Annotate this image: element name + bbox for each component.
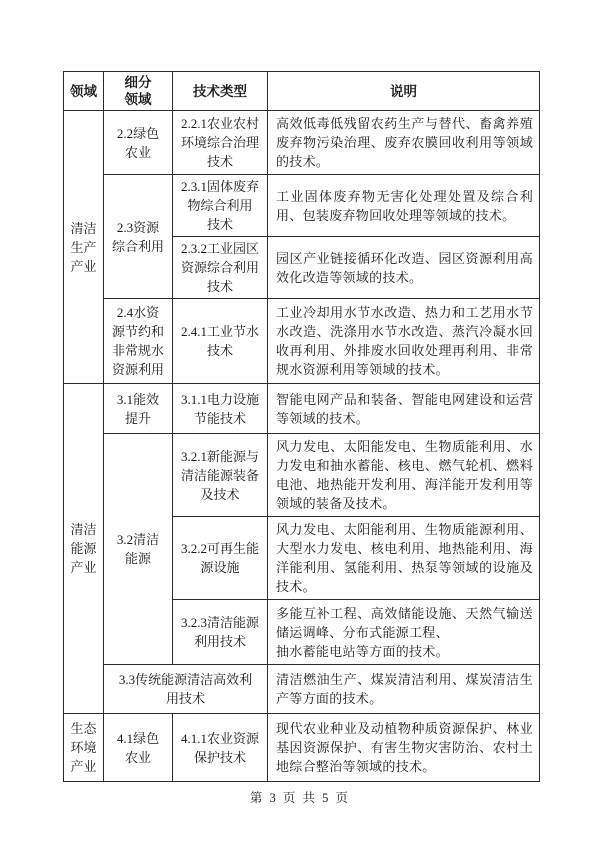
subfield-cell-2-4: 2.4水资 源节约和 非常规水 资源利用 xyxy=(104,299,173,384)
subfield-cell-3-1: 3.1能效 提升 xyxy=(104,384,173,434)
table-header-row: 领域 细分 领域 技术类型 说明 xyxy=(64,72,540,111)
description-cell-3-3: 清洁燃油生产、煤炭清洁利用、煤炭清洁生产等方面的技术。 xyxy=(268,665,540,714)
description-cell-2-2-1: 高效低毒低残留农药生产与替代、畜禽养殖废弃物污染治理、废弃农膜回收利用等领域的技… xyxy=(268,111,540,175)
domain-cell-clean-energy: 清洁 能源 产业 xyxy=(64,384,104,714)
table-row: 3.3传统能源清洁高效利 用技术 清洁燃油生产、煤炭清洁利用、煤炭清洁生产等方面… xyxy=(64,665,540,714)
document-page: 领域 细分 领域 技术类型 说明 清洁 生产 产业 2.2绿色 农业 2.2.1… xyxy=(0,0,600,848)
header-col-subfield: 细分 领域 xyxy=(104,72,173,111)
tech-type-cell-3-1-1: 3.1.1电力设施 节能技术 xyxy=(173,384,268,434)
tech-type-cell-2-4-1: 2.4.1工业节水 技术 xyxy=(173,299,268,384)
description-cell-3-2-2: 风力发电、太阳能利用、生物质能源利用、大型水力发电、核电利用、地热能利用、海洋能… xyxy=(268,517,540,600)
table-row: 生态 环境 产业 4.1绿色 农业 4.1.1农业资源 保护技术 现代农业种业及… xyxy=(64,714,540,782)
subfield-cell-3-3: 3.3传统能源清洁高效利 用技术 xyxy=(104,665,268,714)
table-row: 2.4水资 源节约和 非常规水 资源利用 2.4.1工业节水 技术 工业冷却用水… xyxy=(64,299,540,384)
tech-type-cell-4-1-1: 4.1.1农业资源 保护技术 xyxy=(173,714,268,782)
description-cell-3-2-3: 多能互补工程、高效储能设施、天然气输送储运调峰、分布式能源工程、 抽水蓄能电站等… xyxy=(268,600,540,665)
technology-category-table: 领域 细分 领域 技术类型 说明 清洁 生产 产业 2.2绿色 农业 2.2.1… xyxy=(63,71,540,782)
tech-type-cell-3-2-3: 3.2.3清洁能源 利用技术 xyxy=(173,600,268,665)
subfield-cell-3-2: 3.2清洁 能源 xyxy=(104,434,173,665)
domain-cell-eco-environment: 生态 环境 产业 xyxy=(64,714,104,782)
table-row: 清洁 生产 产业 2.2绿色 农业 2.2.1农业农村 环境综合治理 技术 高效… xyxy=(64,111,540,175)
subfield-cell-2-2: 2.2绿色 农业 xyxy=(104,111,173,175)
header-col-domain: 领域 xyxy=(64,72,104,111)
tech-type-cell-2-2-1: 2.2.1农业农村 环境综合治理 技术 xyxy=(173,111,268,175)
description-cell-3-1-1: 智能电网产品和装备、智能电网建设和运营等领域的技术。 xyxy=(268,384,540,434)
subfield-cell-2-3: 2.3资源 综合利用 xyxy=(104,175,173,299)
tech-type-cell-2-3-1: 2.3.1固体废弃 物综合利用 技术 xyxy=(173,175,268,237)
description-cell-4-1-1: 现代农业种业及动植物种质资源保护、林业基因资源保护、有害生物灾害防治、农村土地综… xyxy=(268,714,540,782)
table-row: 清洁 能源 产业 3.1能效 提升 3.1.1电力设施 节能技术 智能电网产品和… xyxy=(64,384,540,434)
tech-type-cell-3-2-1: 3.2.1新能源与 清洁能源装备 及技术 xyxy=(173,434,268,517)
description-cell-2-4-1: 工业冷却用水节水改造、热力和工艺用水节水改造、洗涤用水节水改造、蒸汽冷凝水回收再… xyxy=(268,299,540,384)
page-footer: 第 3 页 共 5 页 xyxy=(0,788,600,806)
description-cell-3-2-1: 风力发电、太阳能发电、生物质能利用、水力发电和抽水蓄能、核电、燃气轮机、燃料电池… xyxy=(268,434,540,517)
table-row: 3.2清洁 能源 3.2.1新能源与 清洁能源装备 及技术 风力发电、太阳能发电… xyxy=(64,434,540,517)
description-cell-2-3-2: 园区产业链接循环化改造、园区资源利用高效化改造等领域的技术。 xyxy=(268,237,540,299)
tech-type-cell-2-3-2: 2.3.2工业园区 资源综合利用 技术 xyxy=(173,237,268,299)
tech-type-cell-3-2-2: 3.2.2可再生能 源设施 xyxy=(173,517,268,600)
description-cell-2-3-1: 工业固体废弃物无害化处理处置及综合利用、包装废弃物回收处理等领域的技术。 xyxy=(268,175,540,237)
domain-cell-clean-production: 清洁 生产 产业 xyxy=(64,111,104,384)
header-col-tech-type: 技术类型 xyxy=(173,72,268,111)
table-row: 2.3资源 综合利用 2.3.1固体废弃 物综合利用 技术 工业固体废弃物无害化… xyxy=(64,175,540,237)
subfield-cell-4-1: 4.1绿色 农业 xyxy=(104,714,173,782)
header-col-description: 说明 xyxy=(268,72,540,111)
